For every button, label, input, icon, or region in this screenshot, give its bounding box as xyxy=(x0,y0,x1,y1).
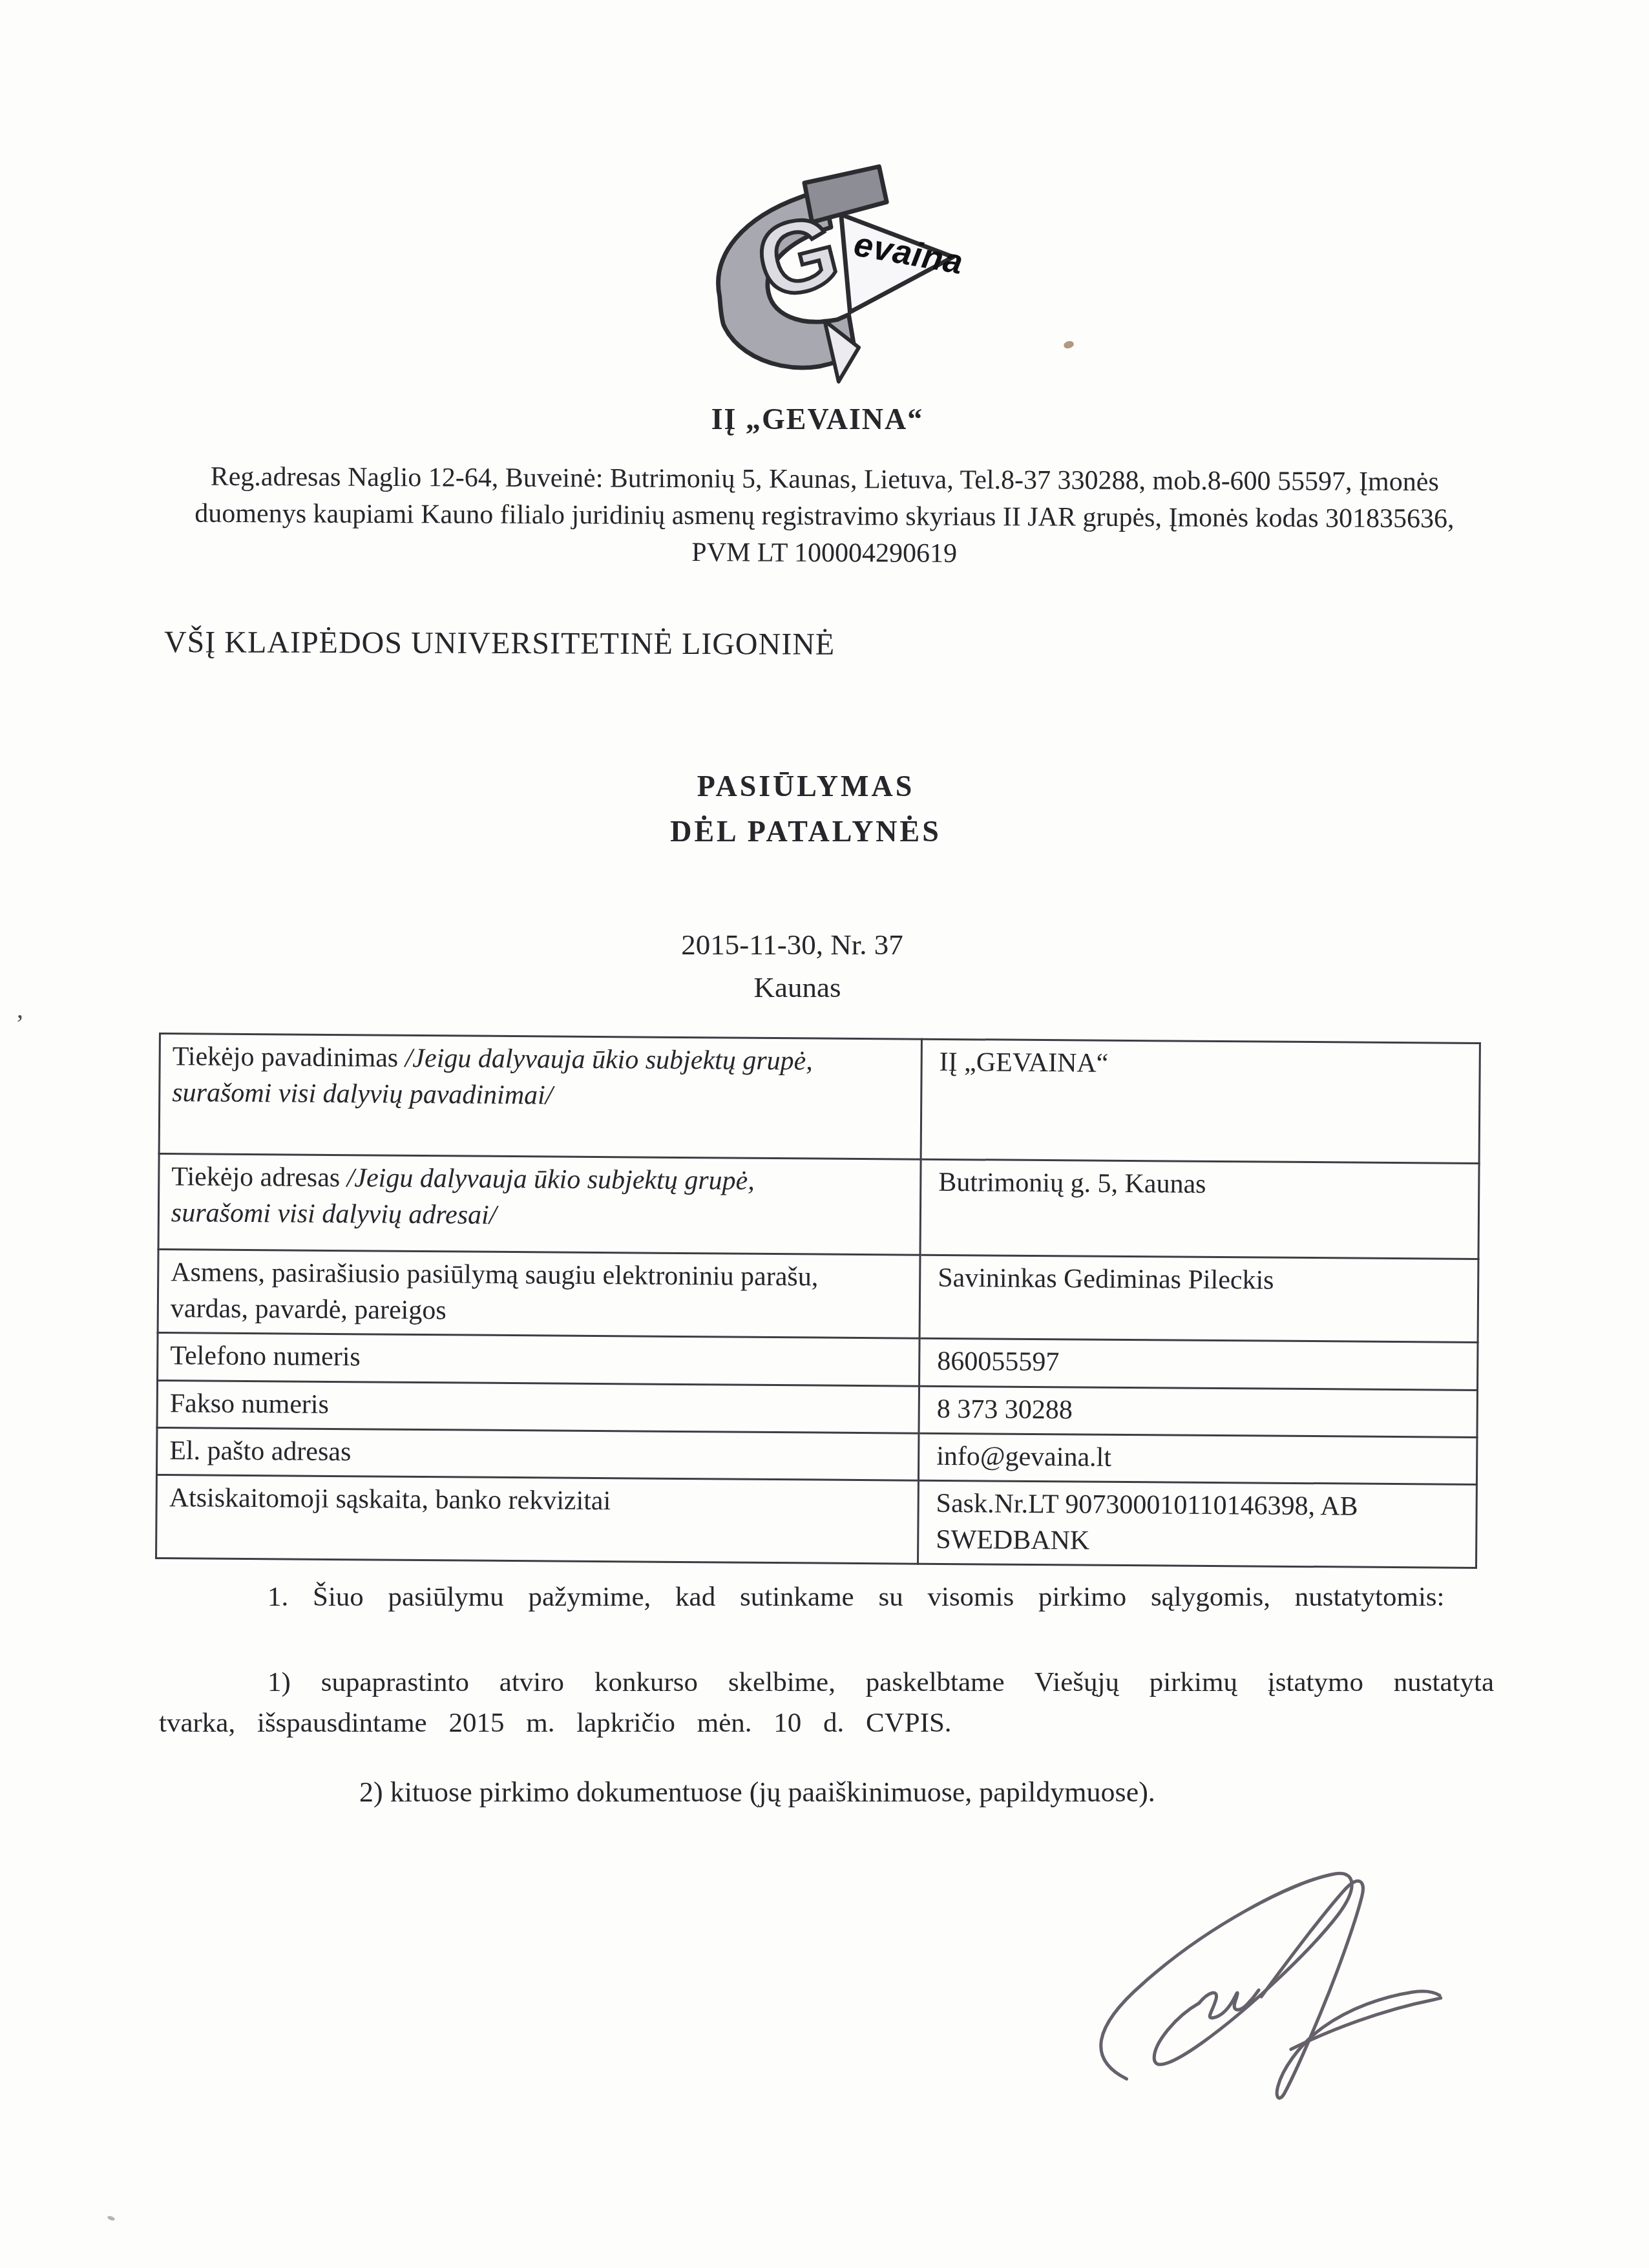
company-details: Reg.adresas Naglio 12-64, Buveinė: Butri… xyxy=(159,459,1491,575)
row-label-cell: El. pašto adresas xyxy=(156,1427,919,1480)
document-title-line2: DĖL PATALYNĖS xyxy=(0,809,1612,854)
city: Kaunas xyxy=(0,971,1595,1004)
recipient-name: VŠĮ KLAIPĖDOS UNIVERSITETINĖ LIGONINĖ xyxy=(164,624,835,662)
company-name: IĮ „GEVAINA“ xyxy=(0,402,1635,436)
row-label-cell: Telefono numeris xyxy=(158,1332,920,1386)
company-details-line3: PVM LT 100004290619 xyxy=(159,532,1490,575)
signature-strokes xyxy=(1074,1861,1442,2126)
folded-paper-logo-graphic: G evaina xyxy=(695,159,971,399)
row-label-cell: Tiekėjo pavadinimas /Jeigu dalyvauja ūki… xyxy=(159,1034,921,1160)
paragraph-agreement: 1. Šiuo pasiūlymu pažymime, kad sutinkam… xyxy=(159,1577,1494,1617)
signature-loop-stroke xyxy=(1101,1873,1352,2079)
document-title: PASIŪLYMAS DĖL PATALYNĖS xyxy=(0,764,1612,854)
row-value-cell: 860055597 xyxy=(919,1338,1478,1390)
row-value-cell: Savininkas Gediminas Pileckis xyxy=(919,1255,1478,1342)
row-label-cell: Tiekėjo adresas /Jeigu dalyvauja ūkio su… xyxy=(158,1154,921,1255)
document-page: G evaina IĮ „GEVAINA“ Reg.adresas Naglio… xyxy=(0,0,1649,2268)
scan-mark-bottom xyxy=(107,2215,115,2221)
scan-mark-comma: , xyxy=(17,994,23,1024)
row-value-cell: 8 373 30288 xyxy=(919,1386,1478,1437)
date-and-number: 2015-11-30, Nr. 37 xyxy=(0,928,1584,961)
table-row: Tiekėjo pavadinimas /Jeigu dalyvauja ūki… xyxy=(159,1034,1480,1164)
row-label-cell: Fakso numeris xyxy=(157,1380,919,1433)
paragraph-item2: 2) kituose pirkimo dokumentuose (jų paai… xyxy=(359,1772,1329,1812)
scan-speck-near-logo xyxy=(1063,340,1075,350)
company-details-line2: duomenys kaupiami Kauno filialo juridini… xyxy=(159,496,1490,538)
row-value-cell: Butrimonių g. 5, Kaunas xyxy=(920,1159,1479,1259)
row-label-cell: Atsiskaitomoji sąskaita, banko rekvizita… xyxy=(156,1475,919,1564)
table-row: Atsiskaitomoji sąskaita, banko rekvizita… xyxy=(156,1475,1477,1568)
signature-letters-stroke xyxy=(1199,1990,1259,2018)
signature xyxy=(1074,1861,1442,2126)
gevaina-logo: G evaina xyxy=(695,159,971,399)
paragraph-item1: 1) supaprastinto atviro konkurso skelbim… xyxy=(159,1662,1494,1743)
row-value-cell: Sask.Nr.LT 907300010110146398, AB SWEDBA… xyxy=(918,1480,1477,1568)
table-row: Tiekėjo adresas /Jeigu dalyvauja ūkio su… xyxy=(158,1154,1479,1259)
row-label: Tiekėjo adresas xyxy=(171,1162,347,1193)
table-row: Asmens, pasirašiusio pasiūlymą saugiu el… xyxy=(158,1250,1478,1343)
row-value-cell: IĮ „GEVAINA“ xyxy=(921,1039,1480,1163)
row-label-cell: Asmens, pasirašiusio pasiūlymą saugiu el… xyxy=(158,1250,920,1339)
row-label: Tiekėjo pavadinimas xyxy=(173,1042,405,1073)
document-title-line1: PASIŪLYMAS xyxy=(0,764,1612,809)
row-value-cell: info@gevaina.lt xyxy=(918,1433,1477,1484)
supplier-info-table: Tiekėjo pavadinimas /Jeigu dalyvauja ūki… xyxy=(155,1033,1481,1569)
company-details-line1: Reg.adresas Naglio 12-64, Buveinė: Butri… xyxy=(159,459,1490,501)
signature-tail-stroke xyxy=(1261,1881,1440,2098)
